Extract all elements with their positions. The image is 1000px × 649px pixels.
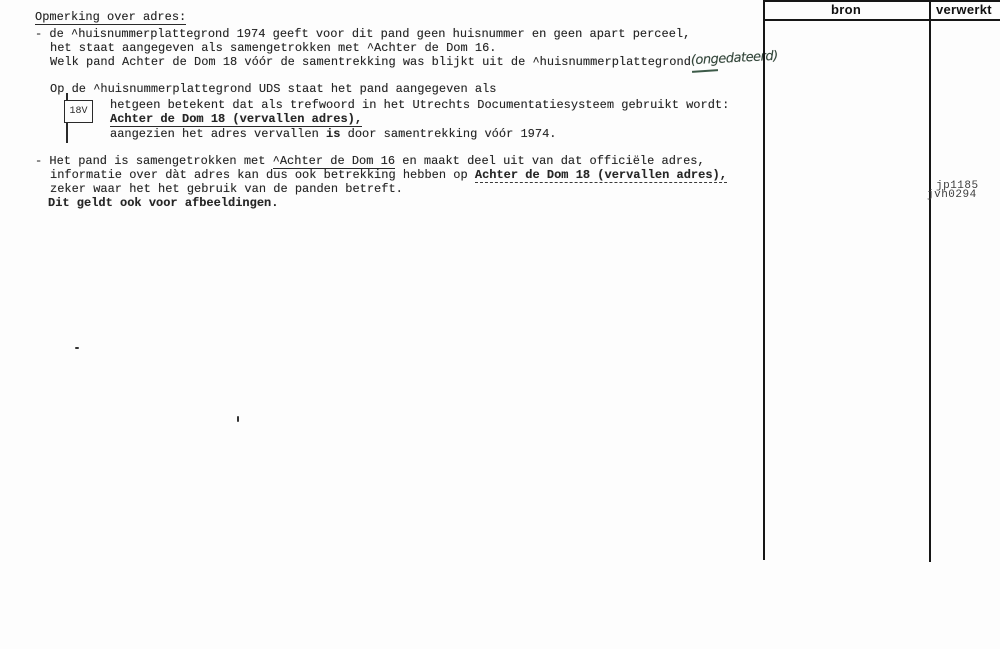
bullet2-line1-pre: - Het pand is samengetrokken met	[35, 154, 273, 168]
bullet2-line3: zeker waar het het gebruik van de panden…	[50, 182, 403, 196]
bullet1-line3: Welk pand Achter de Dom 18 vóór de samen…	[50, 55, 778, 69]
uds-line1: hetgeen betekent dat als trefwoord in he…	[110, 98, 729, 112]
bullet1-line2: het staat aangegeven als samengetrokken …	[50, 41, 496, 55]
uds-line3-bold: is	[326, 127, 340, 141]
page-title: Opmerking over adres:	[35, 10, 186, 24]
flag-marker: 18V	[64, 100, 93, 123]
uds-line2: Achter de Dom 18 (vervallen adres),	[110, 112, 362, 126]
bullet1-line4: Op de ^huisnummerplattegrond UDS staat h…	[50, 82, 496, 96]
handwritten-underline-stroke	[692, 69, 718, 72]
table-left-border	[763, 0, 765, 560]
uds-line3-post: door samentrekking vóór 1974.	[340, 127, 556, 141]
uds-address-bold: Achter de Dom 18 (vervallen adres),	[110, 112, 362, 127]
scanned-document-page: { "doc": { "title": "Opmerking over adre…	[0, 0, 1000, 649]
column-header-bron: bron	[831, 2, 861, 17]
table-header-separator	[763, 19, 1000, 21]
bullet2-line1-post: en maakt deel uit van dat officiële adre…	[395, 154, 705, 168]
bullet2-line1-ref: ^Achter de Dom 16	[273, 154, 395, 169]
scan-speck	[237, 416, 239, 422]
page-title-text: Opmerking over adres:	[35, 10, 186, 25]
bullet1-line3-text: Welk pand Achter de Dom 18 vóór de samen…	[50, 55, 691, 69]
bullet2-line2-pre: informatie over dàt adres kan dus ook be…	[50, 168, 475, 182]
bullet2-line4: Dit geldt ook voor afbeeldingen.	[48, 196, 278, 210]
verwerkt-code-2: jvh0294	[927, 189, 977, 201]
flag-label: 18V	[69, 106, 87, 117]
bullet2-line2: informatie over dàt adres kan dus ook be…	[50, 168, 727, 182]
column-header-verwerkt: verwerkt	[936, 2, 992, 17]
bullet2-line1: - Het pand is samengetrokken met ^Achter…	[35, 154, 705, 168]
bullet1-line1: - de ^huisnummerplattegrond 1974 geeft v…	[35, 27, 690, 41]
uds-line3-pre: aangezien het adres vervallen	[110, 127, 326, 141]
bullet2-line2-bold: Achter de Dom 18 (vervallen adres),	[475, 168, 727, 183]
scan-speck	[75, 347, 79, 349]
uds-line3: aangezien het adres vervallen is door sa…	[110, 127, 557, 141]
table-column-divider	[929, 0, 931, 562]
